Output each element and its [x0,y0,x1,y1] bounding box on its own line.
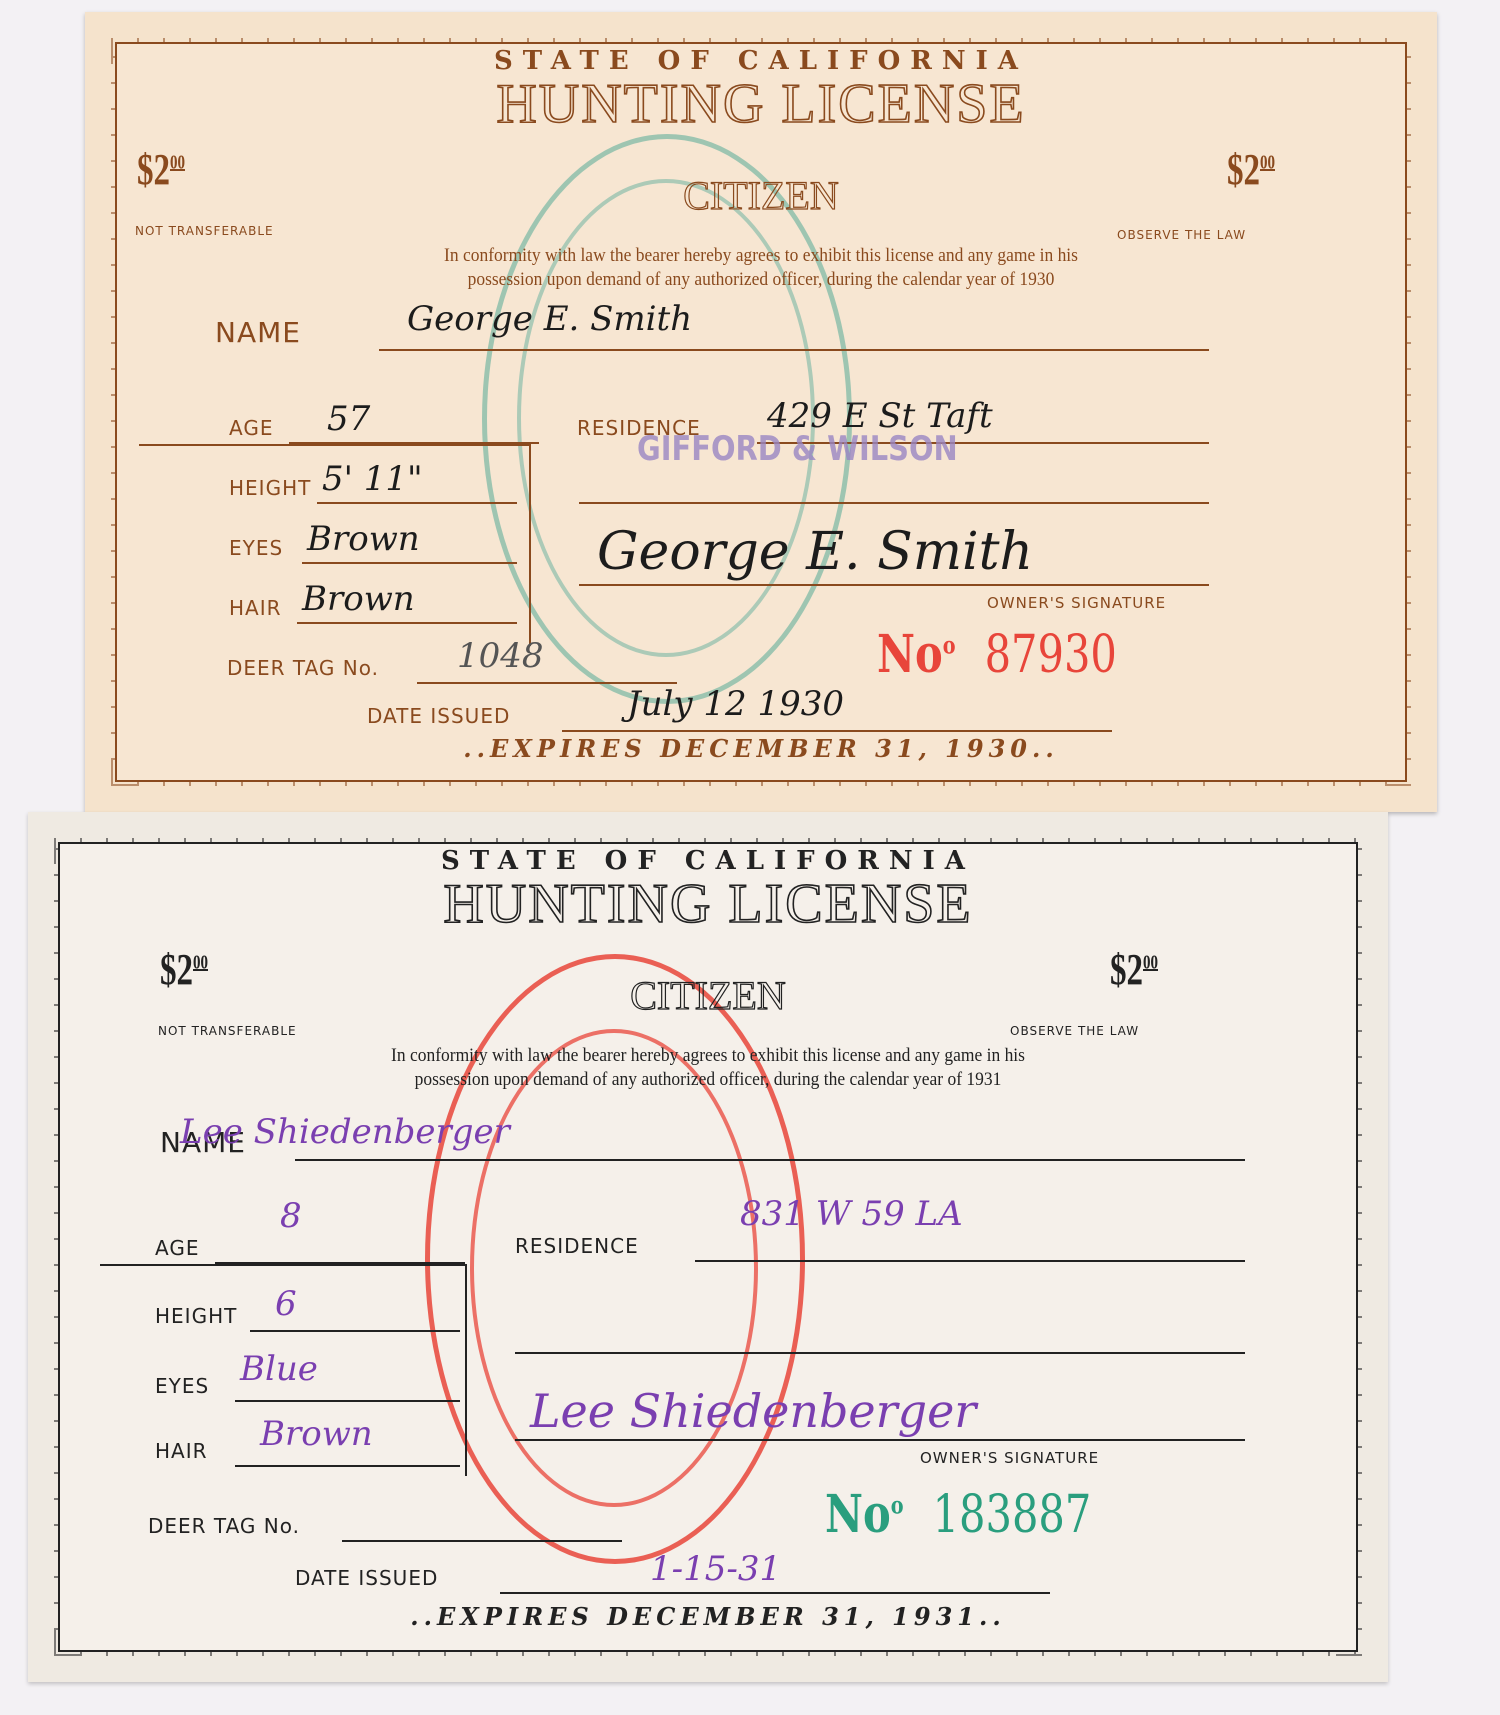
conformity-text: In conformity with law the bearer hereby… [112,1044,1304,1092]
name-line [379,349,1209,351]
height-value: 6 [275,1284,297,1324]
height-label: HEIGHT [155,1304,237,1328]
license-number: Noo 183887 [825,1484,1091,1545]
name-line [295,1159,1245,1161]
hair-value: Brown [260,1414,373,1454]
license-class: CITIZEN [117,172,1405,219]
signature-line [579,584,1209,586]
residence-line-2 [515,1352,1245,1354]
hair-line [297,622,517,624]
expiration: ..EXPIRES DECEMBER 31, 1931.. [60,1602,1356,1631]
date-issued-line [500,1592,1050,1594]
deer-tag-line [342,1540,622,1542]
signature-value: Lee Shiedenberger [530,1384,976,1438]
signature-line [515,1439,1245,1441]
observe-law: OBSERVE THE LAW [1010,1024,1139,1038]
date-issued-value: July 12 1930 [627,684,844,724]
license-1931: STATE OF CALIFORNIA HUNTING LICENSE $200… [28,812,1388,1682]
deer-tag-label: DEER TAG No. [148,1514,300,1538]
name-value: Lee Shiedenberger [180,1112,510,1152]
eyes-line [235,1400,460,1402]
eyes-label: EYES [229,536,283,560]
license-inner-panel: STATE OF CALIFORNIA HUNTING LICENSE $200… [115,42,1407,782]
license-inner-panel: STATE OF CALIFORNIA HUNTING LICENSE $200… [58,842,1358,1652]
license-title: HUNTING LICENSE [117,72,1405,136]
deer-tag-value: 1048 [457,636,544,676]
height-line [317,502,517,504]
name-value: George E. Smith [407,299,692,339]
height-value: 5' 11" [322,459,423,499]
license-number: Noo 87930 [877,624,1117,685]
date-issued-label: DATE ISSUED [295,1566,438,1590]
age-value: 57 [327,399,370,439]
license-class: CITIZEN [60,972,1356,1019]
signature-label: OWNER'S SIGNATURE [987,594,1166,612]
license-title: HUNTING LICENSE [60,872,1356,936]
height-line [250,1330,460,1332]
hair-line [235,1465,460,1467]
age-label: AGE [229,416,273,440]
signature-value: George E. Smith [597,522,1033,582]
hair-label: HAIR [155,1439,208,1463]
name-label: NAME [215,316,301,349]
date-issued-label: DATE ISSUED [367,704,510,728]
residence-line-2 [579,502,1209,504]
not-transferable: NOT TRANSFERABLE [158,1024,297,1038]
license-1930: STATE OF CALIFORNIA HUNTING LICENSE $200… [85,12,1437,812]
observe-law: OBSERVE THE LAW [1117,228,1246,242]
eyes-line [302,562,517,564]
deer-tag-label: DEER TAG No. [227,656,379,680]
hair-label: HAIR [229,596,282,620]
not-transferable: NOT TRANSFERABLE [135,224,274,238]
eyes-value: Brown [307,519,420,559]
residence-value: 831 W 59 LA [740,1194,963,1234]
hair-value: Brown [302,579,415,619]
dealer-stamp: GIFFORD & WILSON [637,429,958,469]
date-issued-line [562,730,1112,732]
expiration: ..EXPIRES DECEMBER 31, 1930.. [117,734,1405,763]
eyes-label: EYES [155,1374,209,1398]
conformity-text: In conformity with law the bearer hereby… [169,244,1354,292]
signature-label: OWNER'S SIGNATURE [920,1449,1099,1467]
age-value: 8 [280,1196,302,1236]
residence-line [695,1260,1245,1262]
height-label: HEIGHT [229,476,311,500]
residence-label: RESIDENCE [515,1234,639,1258]
eyes-value: Blue [240,1349,318,1389]
date-issued-value: 1-15-31 [650,1549,781,1589]
age-label: AGE [155,1236,199,1260]
